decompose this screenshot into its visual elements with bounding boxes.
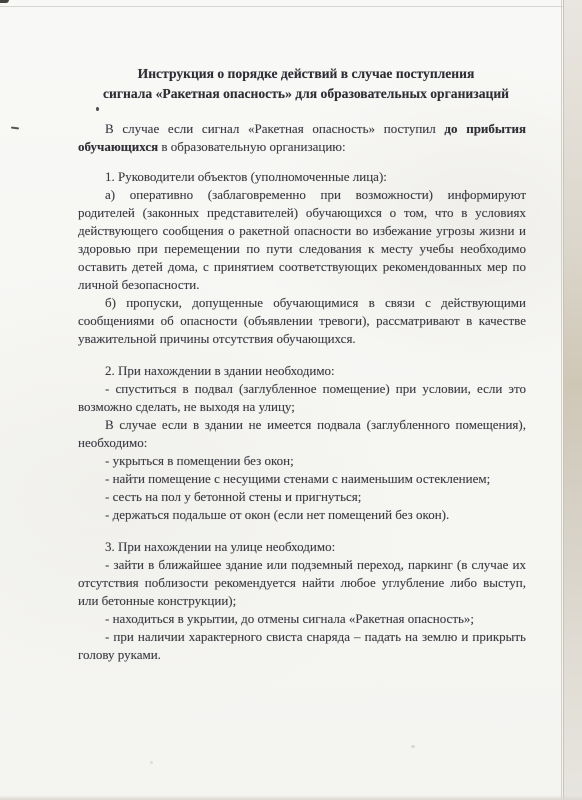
paper-speck — [411, 745, 415, 748]
intro-text-post: в образовательную организацию: — [158, 139, 345, 154]
section-1-item-a: а) оперативно (заблаговременно при возмо… — [78, 186, 526, 294]
section-1-item-b: б) пропуски, допущенные обучающимися в с… — [78, 294, 526, 348]
scan-right-edge-band — [563, 0, 582, 800]
section-2-item-2: - укрыться в помещении без окон; — [78, 452, 526, 470]
section-2-item-1: - спуститься в подвал (заглубленное поме… — [78, 380, 526, 416]
document-body: Инструкция о порядке действий в случае п… — [78, 64, 526, 664]
title-line-2: сигнала «Ракетная опасность» для образов… — [103, 86, 509, 101]
section-3-item-3: - при наличии характерного свиста снаряд… — [78, 628, 526, 664]
section-2-item-5: - держаться подальше от окон (если нет п… — [78, 506, 526, 524]
section-3-item-2: - находиться в укрытии, до отмены сигнал… — [78, 610, 526, 628]
paper-speck — [11, 127, 19, 130]
scan-bottom-edge — [0, 795, 582, 800]
section-3-item-1: - зайти в ближайшее здание или подземный… — [78, 556, 526, 610]
title-line-1: Инструкция о порядке действий в случае п… — [138, 66, 475, 81]
section-2-note: В случае если в здании не имеется подвал… — [78, 416, 526, 452]
section-2-heading: 2. При нахождении в здании необходимо: — [78, 362, 526, 380]
document-title: Инструкция о порядке действий в случае п… — [86, 64, 526, 104]
section-3-heading: 3. При нахождении на улице необходимо: — [78, 538, 526, 556]
paper-right-edge-line — [561, 0, 562, 800]
intro-text-pre: В случае если сигнал «Ракетная опасность… — [105, 121, 444, 136]
scanned-page: Инструкция о порядке действий в случае п… — [0, 0, 582, 800]
scan-corner-mark-top-left — [0, 0, 9, 3]
section-2-item-3: - найти помещение с несущими стенами с н… — [78, 470, 526, 488]
section-2-item-4: - сесть на пол у бетонной стены и пригну… — [78, 488, 526, 506]
intro-paragraph: В случае если сигнал «Ракетная опасность… — [78, 120, 526, 156]
paper-speck — [150, 761, 153, 764]
scan-top-edge — [0, 6, 582, 7]
section-1-heading: 1. Руководители объектов (уполномоченные… — [78, 168, 526, 186]
